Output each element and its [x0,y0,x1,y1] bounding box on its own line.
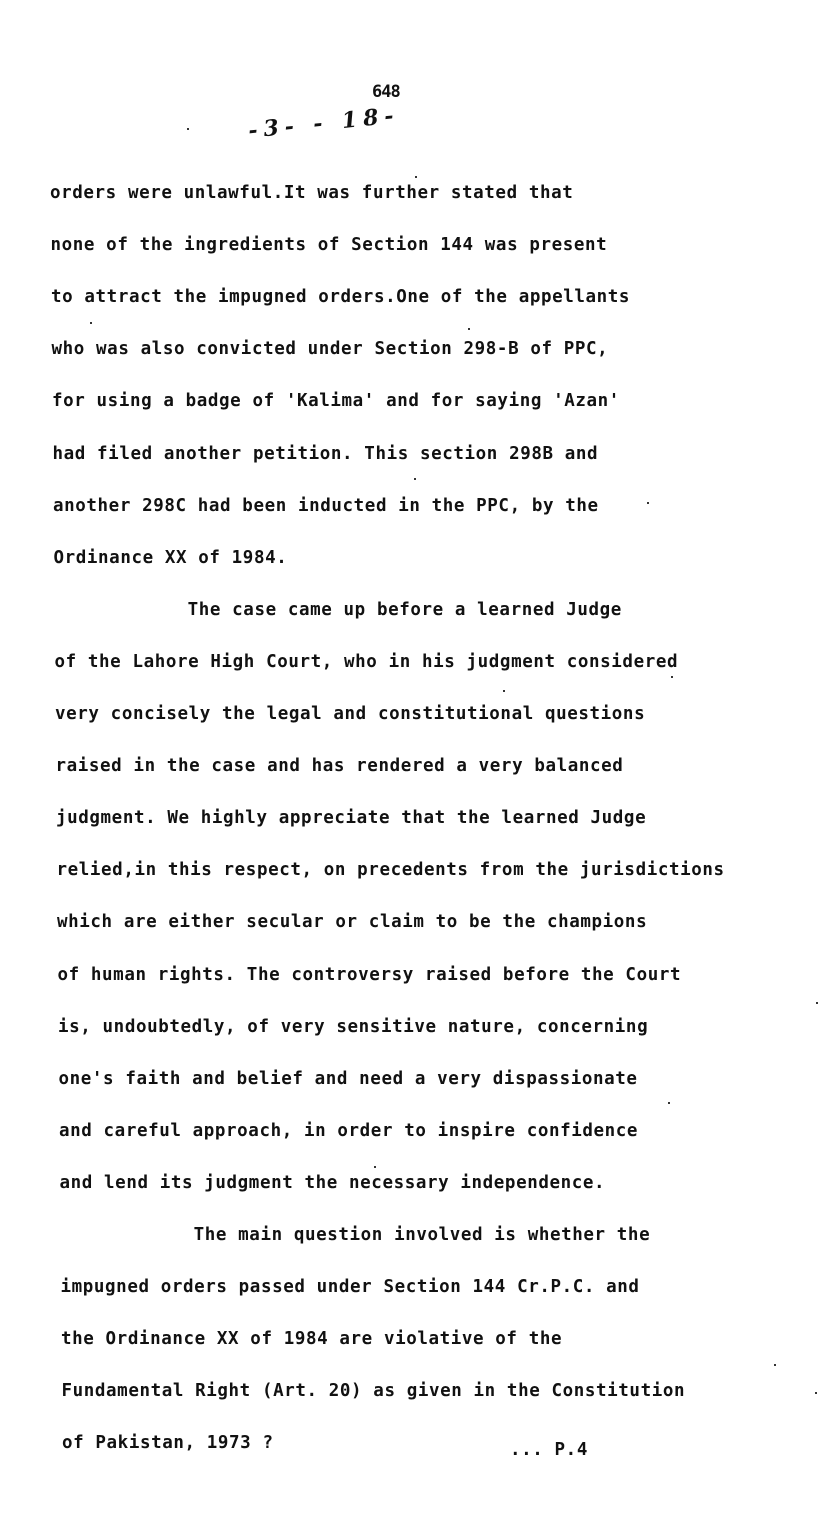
scan-speck [668,1102,670,1104]
text-line: another 298C had been inducted in the PP… [53,495,599,517]
text-line: relied,in this respect, on precedents fr… [57,859,725,881]
scan-speck [415,176,417,178]
text-line: none of the ingredients of Section 144 w… [51,234,608,256]
text-line: Ordinance XX of 1984. [54,547,288,569]
text-line: had filed another petition. This section… [53,443,599,465]
text-line: judgment. We highly appreciate that the … [56,807,646,829]
text-line: of the Lahore High Court, who in his jud… [55,651,679,673]
text-line: which are either secular or claim to be … [57,911,647,933]
page-number: 648 [372,82,400,102]
text-line: for using a badge of 'Kalima' and for sa… [52,390,620,412]
text-line: the Ordinance XX of 1984 are violative o… [61,1328,562,1350]
scan-speck [815,1392,817,1394]
text-line: to attract the impugned orders.One of th… [51,286,630,308]
text-line: raised in the case and has rendered a ve… [56,755,624,777]
text-line: very concisely the legal and constitutio… [55,703,645,725]
text-line: The case came up before a learned Judge [54,599,622,621]
text-line: Fundamental Right (Art. 20) as given in … [62,1380,686,1402]
scan-speck [647,502,649,504]
scan-speck [503,690,505,692]
scan-speck [414,478,416,480]
document-page: 648 -3- - 18- orders were unlawful.It wa… [0,0,840,1540]
text-line: who was also convicted under Section 298… [52,338,609,360]
scan-speck [774,1364,776,1366]
text-line: one's faith and belief and need a very d… [59,1068,638,1090]
scan-speck [374,1166,376,1168]
text-line: of human rights. The controversy raised … [58,964,682,986]
text-line: is, undoubtedly, of very sensitive natur… [58,1016,648,1038]
scan-speck [90,322,92,324]
scan-speck [671,676,673,678]
text-line: and lend its judgment the necessary inde… [60,1172,606,1194]
scan-speck [187,128,189,130]
scan-speck [816,1002,818,1004]
text-line: impugned orders passed under Section 144… [61,1276,640,1298]
scan-speck [468,328,470,330]
text-line: and careful approach, in order to inspir… [59,1120,638,1142]
handwritten-page-mark: -3- - 18- [247,102,401,144]
text-line: orders were unlawful.It was further stat… [50,182,573,204]
text-line: The main question involved is whether th… [60,1224,650,1246]
continuation-marker: ... P.4 [510,1440,588,1460]
text-line: of Pakistan, 1973 ? [62,1432,274,1454]
